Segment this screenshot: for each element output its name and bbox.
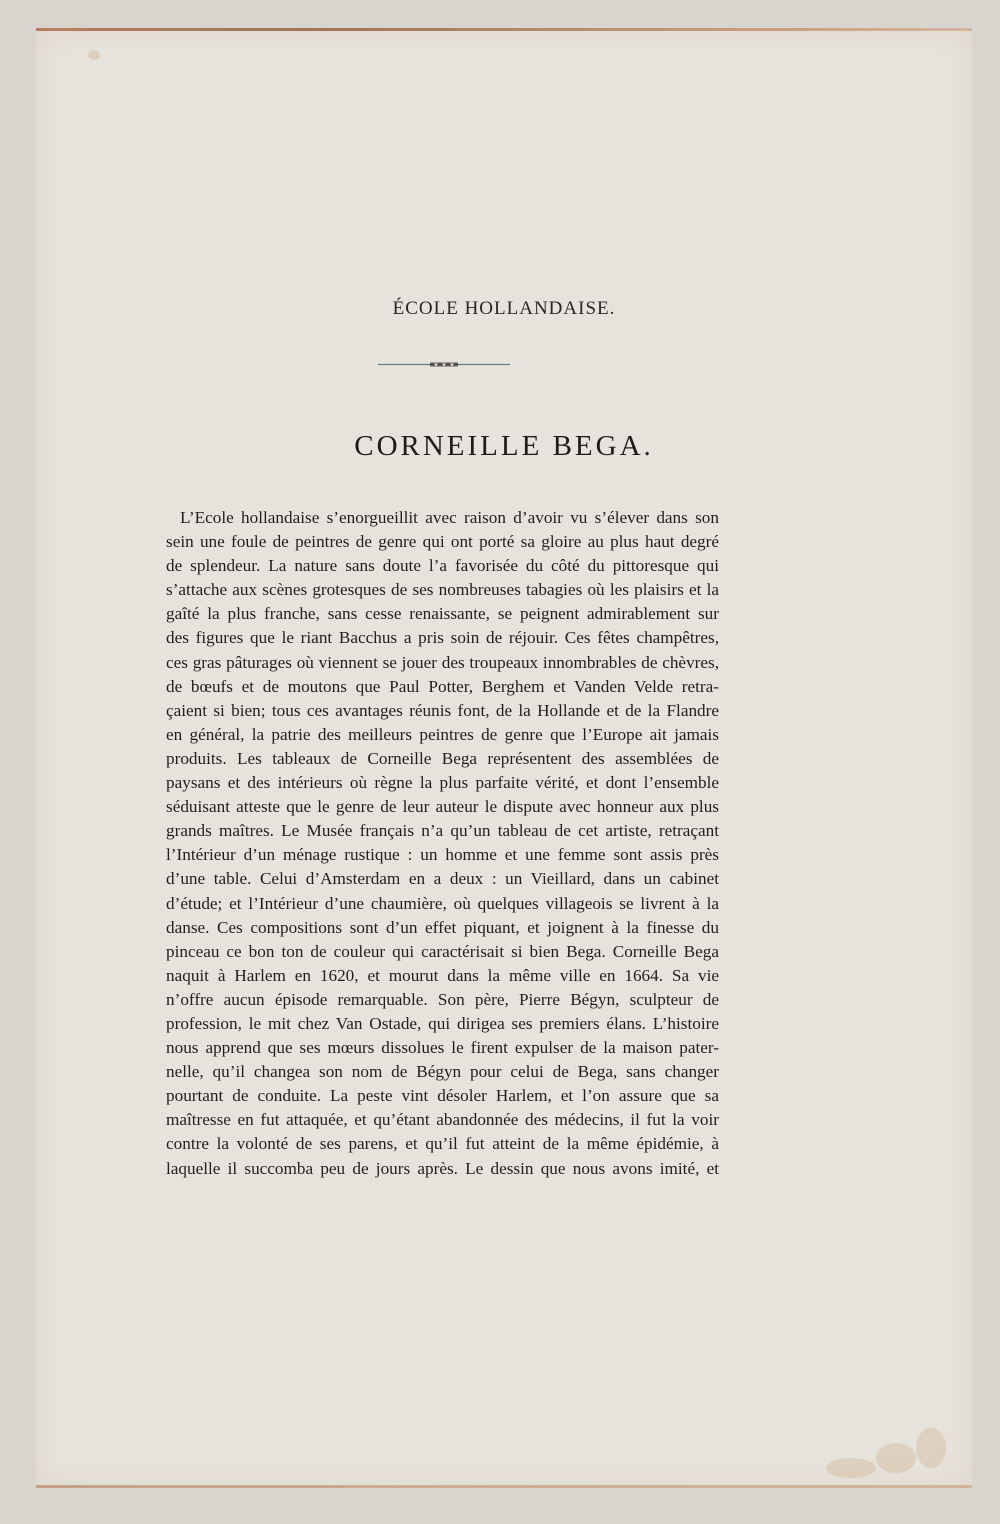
text-line: séduisant atteste que le genre de leur a… [166,795,719,819]
text-line: danse. Ces compositions sont d’un effet … [166,916,719,940]
text-line: de bœufs et de moutons que Paul Potter, … [166,675,719,699]
artist-title: CORNEILLE BEGA. [36,430,972,463]
text-line: profession, le mit chez Van Ostade, qui … [166,1012,719,1036]
text-line: d’une table. Celui d’Amsterdam en a deux… [166,867,719,891]
foxing-stain [916,1428,946,1468]
text-line: l’Intérieur d’un ménage rustique : un ho… [166,843,719,867]
text-line: des figures que le riant Bacchus a pris … [166,626,719,650]
text-line: en général, la patrie des meilleurs pein… [166,723,719,747]
text-line: maîtresse en fut attaquée, et qu’étant a… [166,1108,719,1132]
text-line: produits. Les tableaux de Corneille Bega… [166,747,719,771]
school-heading: ÉCOLE HOLLANDAISE. [36,298,972,320]
foxing-stain [826,1458,876,1478]
text-line: d’étude; et l’Intérieur d’une chaumière,… [166,892,719,916]
text-line: n’offre aucun épisode remarquable. Son p… [166,988,719,1012]
text-line: gaîté la plus franche, sans cesse renais… [166,602,719,626]
text-line: s’attache aux scènes grotesques de ses n… [166,578,719,602]
text-line: paysans et des intérieurs où règne la pl… [166,771,719,795]
text-line: grands maîtres. Le Musée français n’a qu… [166,819,719,843]
text-line: de splendeur. La nature sans doute l’a f… [166,554,719,578]
text-line: çaient si bien; tous ces avantages réuni… [166,699,719,723]
text-line: nelle, qu’il changea son nom de Bégyn po… [166,1060,719,1084]
foxing-stain [88,50,100,60]
foxing-stain [876,1443,916,1473]
text-line: pourtant de conduite. La peste vint déso… [166,1084,719,1108]
paper-sheet: ÉCOLE HOLLANDAISE. CORNEILLE BEGA. L’Eco… [36,28,972,1488]
text-line: pinceau ce bon ton de couleur qui caract… [166,940,719,964]
body-text: L’Ecole hollandaise s’enorgueillit avec … [166,506,719,1181]
ornament-rule-icon [378,362,510,365]
text-line: contre la volonté de ses parens, et qu’i… [166,1132,719,1156]
text-line: nous apprend que ses mœurs dissolues le … [166,1036,719,1060]
text-line: L’Ecole hollandaise s’enorgueillit avec … [166,506,719,530]
text-line: ces gras pâturages où viennent se jouer … [166,651,719,675]
text-line: laquelle il succomba peu de jours après.… [166,1157,719,1181]
text-line: naquit à Harlem en 1620, et mourut dans … [166,964,719,988]
text-line: sein une foule de peintres de genre qui … [166,530,719,554]
